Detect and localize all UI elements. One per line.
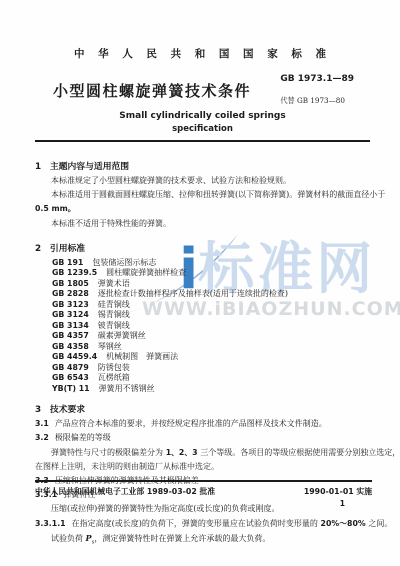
national-standard-label: 中 华 人 民 共 和 国 国 家 标 准: [35, 46, 370, 61]
referenced-standard-item: GB 3123硅青铜线: [52, 300, 370, 311]
clause-number: 3.3.1.1: [35, 519, 66, 528]
page-number: 1: [35, 499, 372, 508]
line-text: 在图样上注明，未注明的则由制造厂从标准中选定。: [35, 462, 219, 471]
title-english-line2: specification: [35, 124, 370, 134]
referenced-standard-item: GB 191包装储运图示标志: [52, 258, 370, 269]
referenced-standard-code: GB 3124: [52, 310, 89, 319]
page-footer: 中华人民共和国机械电子工业部 1989-03-02 批准 1990-01-01 …: [35, 480, 372, 508]
line-emphasis: 20%～80%: [318, 519, 369, 528]
referenced-standard-code: GB 3123: [52, 300, 89, 309]
page-content: 中 华 人 民 共 和 国 国 家 标 准 小型圆柱螺旋弹簧技术条件 GB 19…: [0, 46, 400, 548]
referenced-standard-title: 弹簧用不锈钢丝: [99, 384, 155, 393]
referenced-standard-code: GB 2828: [52, 289, 89, 298]
title-english-line1: Small cylindrically coiled springs: [35, 111, 370, 121]
referenced-standard-item: GB 3124锡青铜线: [52, 310, 370, 321]
replaces-label: 代替 GB 1973—80: [280, 96, 354, 106]
referenced-standard-title: 圆柱螺旋弹簧抽样检查: [106, 268, 186, 277]
line-text: 试验负荷: [51, 534, 86, 543]
referenced-standard-code: YB(T) 11: [52, 384, 90, 393]
referenced-standard-item: GB 4358琴钢丝: [52, 342, 370, 353]
referenced-standard-title: 琴钢丝: [98, 342, 122, 351]
paragraph-line: 本标准不适用于特殊性能的弹簧。: [35, 219, 370, 233]
header-rule: [35, 140, 370, 142]
standard-code: GB 1973.1—89: [280, 74, 354, 84]
line-emphasis: 0.5 mm。: [35, 204, 76, 213]
referenced-standard-code: GB 4358: [52, 342, 89, 351]
approval-text: 中华人民共和国机械电子工业部 1989-03-02 批准: [35, 486, 215, 497]
footer-row: 中华人民共和国机械电子工业部 1989-03-02 批准 1990-01-01 …: [35, 486, 372, 497]
referenced-standard-title: 硅青铜线: [98, 300, 130, 309]
line-text: 极限偏差的等级: [55, 433, 111, 442]
referenced-standard-code: GB 4357: [52, 331, 89, 340]
paragraph-line: 本标准适用于圆截面圆柱螺旋压缩、拉伸和扭转弹簧(以下简称弹簧)。弹簧材料的截面直…: [35, 190, 370, 204]
paragraph-line: 在图样上注明，未注明的则由制造厂从标准中选定。: [35, 462, 370, 476]
document-page: i标准网 WWW.iBIAOZHUN.COM 中 华 人 民 共 和 国 国 家…: [0, 0, 400, 566]
referenced-standard-code: GB 6543: [52, 373, 89, 382]
referenced-standard-item: YB(T) 11弹簧用不锈钢丝: [52, 384, 370, 395]
referenced-standard-title: 防锈包装: [98, 363, 130, 372]
paragraph-line: 0.5 mm。: [35, 204, 370, 218]
referenced-standard-code: GB 3134: [52, 321, 89, 330]
referenced-standard-title: 机械制图 弹簧画法: [106, 352, 178, 361]
clause-number: 3.1: [35, 419, 49, 428]
line-text: 在指定高度(或长度)的负荷下，弹簧的变形量应在试验负荷时变形量的: [72, 519, 318, 528]
referenced-standard-title: 瓦楞纸箱: [98, 373, 130, 382]
referenced-standard-code: GB 4459.4: [52, 352, 97, 361]
referenced-standard-item: GB 4357碳素弹簧钢丝: [52, 331, 370, 342]
referenced-standard-item: GB 6543瓦楞纸箱: [52, 373, 370, 384]
referenced-standard-item: GB 2828逐批检查计数抽样程序及抽样表(适用于连续批的检查): [52, 289, 370, 300]
line-text: 产品应符合本标准的要求，并按经规定程序批准的产品图样及技术文件制造。: [55, 419, 327, 428]
referenced-standard-title: 弹簧术语: [98, 279, 130, 288]
referenced-standard-item: GB 4459.4机械制图 弹簧画法: [52, 352, 370, 363]
line-text: 本标准不适用于特殊性能的弹簧。: [51, 219, 171, 228]
referenced-standard-title: 锡青铜线: [98, 310, 130, 319]
page-title: 小型圆柱螺旋弹簧技术条件: [53, 74, 251, 106]
referenced-standard-title: 包装储运图示标志: [92, 258, 156, 267]
paragraph-line: 3.3.1.1在指定高度(或长度)的负荷下，弹簧的变形量应在试验负荷时变形量的 …: [35, 519, 370, 533]
clause-number: 3.2: [35, 433, 49, 442]
line-text: 本标准规定了小型圆柱螺旋弹簧的技术要求、试验方法和检验规则。: [51, 176, 291, 185]
line-text-after: ，测定弹簧特性时在弹簧上允许承载的最大负荷。: [94, 534, 270, 543]
implementation-text: 1990-01-01 实施: [304, 486, 372, 497]
referenced-standard-code: GB 4879: [52, 363, 89, 372]
footer-rule: [35, 480, 372, 482]
line-emphasis: 1、2、3: [163, 448, 200, 457]
section-2-heading: 2 引用标准: [35, 241, 370, 254]
section-1-heading: 1 主题内容与适用范围: [35, 159, 370, 172]
referenced-standard-item: GB 1805弹簧术语: [52, 279, 370, 290]
line-text: 本标准适用于圆截面圆柱螺旋压缩、拉伸和扭转弹簧(以下简称弹簧)。弹簧材料的截面直…: [51, 190, 385, 199]
paragraph-line: 3.1产品应符合本标准的要求，并按经规定程序批准的产品图样及技术文件制造。: [35, 419, 370, 433]
referenced-standard-code: GB 1239.5: [52, 268, 97, 277]
referenced-standard-code: GB 1805: [52, 279, 89, 288]
paragraph-line: 弹簧特性与尺寸的极限偏差分为 1、2、3 三个等级。各项目的等级应根据使用需要分…: [35, 448, 370, 462]
section-3-heading: 3 技术要求: [35, 402, 370, 415]
referenced-standard-item: GB 4879防锈包装: [52, 363, 370, 374]
line-text-after: 之间。: [368, 519, 392, 528]
paragraph-line: 试验负荷 Ps，测定弹簧特性时在弹簧上允许承载的最大负荷。: [35, 533, 370, 548]
referenced-standard-item: GB 3134铍青铜线: [52, 321, 370, 332]
line-text: 弹簧特性与尺寸的极限偏差分为: [51, 448, 163, 457]
referenced-standard-title: 碳素弹簧钢丝: [98, 331, 146, 340]
title-row: 小型圆柱螺旋弹簧技术条件 GB 1973.1—89 代替 GB 1973—80: [35, 74, 370, 106]
paragraph-line: 本标准规定了小型圆柱螺旋弹簧的技术要求、试验方法和检验规则。: [35, 176, 370, 190]
referenced-standards-list: GB 191包装储运图示标志GB 1239.5圆柱螺旋弹簧抽样检查GB 1805…: [52, 258, 370, 395]
paragraph-line: 3.2极限偏差的等级: [35, 433, 370, 447]
referenced-standard-title: 逐批检查计数抽样程序及抽样表(适用于连续批的检查): [98, 289, 288, 298]
referenced-standard-code: GB 191: [52, 258, 83, 267]
line-text-after: 三个等级。各项目的等级应根据使用需要分别独立选定，并: [200, 448, 400, 457]
standard-code-block: GB 1973.1—89 代替 GB 1973—80: [280, 74, 370, 106]
referenced-standard-item: GB 1239.5圆柱螺旋弹簧抽样检查: [52, 268, 370, 279]
referenced-standard-title: 铍青铜线: [98, 321, 130, 330]
